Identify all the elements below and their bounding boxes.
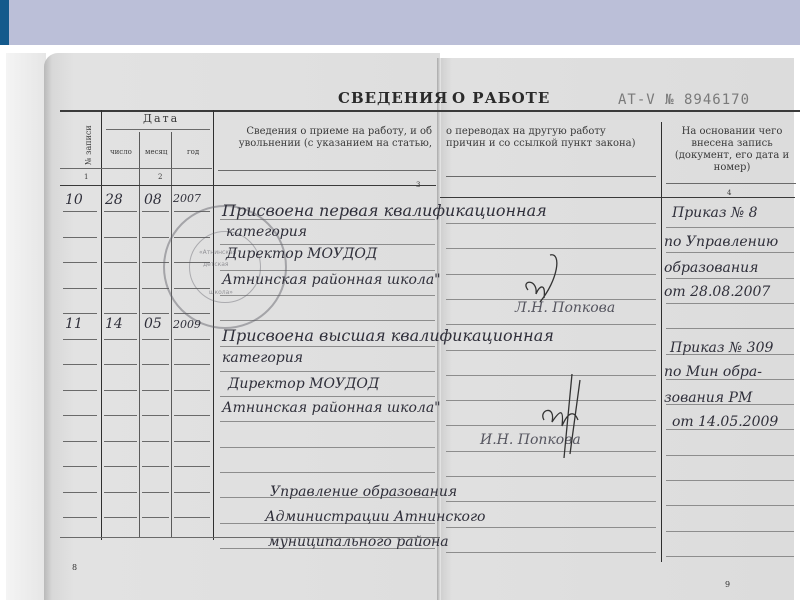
- rule: [220, 396, 435, 397]
- rule: [666, 252, 794, 253]
- rule: [104, 441, 137, 442]
- rule: [220, 421, 435, 422]
- doc-title-left: СВЕДЕНИЯ: [338, 89, 448, 107]
- entry-number: 11: [65, 316, 83, 332]
- rule: [220, 472, 435, 473]
- rule: [666, 183, 796, 184]
- rule: [666, 278, 794, 279]
- entry-text-line: Атнинская районная школа": [222, 272, 441, 288]
- rule: [104, 415, 137, 416]
- rule: [63, 237, 97, 238]
- rule: [174, 492, 210, 493]
- rule: [446, 476, 656, 477]
- entry-day: 28: [105, 192, 123, 208]
- entry-text-line: Присвоена первая квалификационная: [222, 201, 547, 220]
- col-divider: [139, 132, 140, 537]
- rule: [666, 303, 794, 304]
- entry-basis-line: от 28.08.2007: [664, 284, 770, 300]
- rule: [174, 390, 210, 391]
- rule: [142, 288, 169, 289]
- rule: [142, 211, 169, 212]
- rule: [666, 531, 794, 532]
- entry-month: 05: [144, 316, 162, 332]
- col-header-date: Дата: [143, 113, 179, 125]
- col-divider: [171, 132, 172, 537]
- slide-accent-bar: [0, 0, 9, 45]
- col-header-year: год: [187, 148, 199, 156]
- rule: [104, 211, 137, 212]
- rule: [666, 505, 794, 506]
- rule: [60, 168, 212, 169]
- rule: [446, 527, 656, 528]
- department-stamp-line: муниципального района: [268, 534, 449, 550]
- page-number-right: 9: [725, 580, 730, 589]
- doc-serial-number: AT-V № 8946170: [618, 92, 750, 108]
- rule: [63, 466, 97, 467]
- rule: [104, 262, 137, 263]
- entry-day: 14: [105, 316, 123, 332]
- rule: [174, 517, 210, 518]
- stamp-text: детская: [203, 261, 229, 268]
- rule: [174, 415, 210, 416]
- department-stamp-line: Управление образования: [270, 484, 457, 500]
- col-num: 2: [158, 173, 162, 181]
- department-stamp-line: Администрации Атнинского: [265, 509, 486, 525]
- rule: [174, 364, 210, 365]
- col-header-entry-number: № записи: [83, 125, 95, 165]
- entry-text-line: категория: [222, 350, 303, 366]
- col-header-month: месяц: [145, 148, 167, 156]
- entry-text-line: Директор МОУДОД: [228, 376, 379, 392]
- rule: [142, 441, 169, 442]
- entry-text-line: Присвоена высшая квалификационная: [222, 326, 554, 345]
- rule: [104, 313, 137, 314]
- scan-margin: [6, 53, 46, 600]
- rule: [220, 371, 435, 372]
- rule: [104, 466, 137, 467]
- col-header-day: число: [110, 148, 132, 156]
- rule: [63, 415, 97, 416]
- rule: [142, 415, 169, 416]
- rule: [142, 466, 169, 467]
- rule: [666, 480, 794, 481]
- rule: [174, 441, 210, 442]
- col-num: 4: [727, 189, 731, 197]
- rule: [104, 517, 137, 518]
- col-divider: [101, 110, 102, 540]
- rule: [142, 390, 169, 391]
- stamp-text: школа»: [209, 289, 233, 296]
- rule: [142, 339, 169, 340]
- doc-title-right: О РАБОТЕ: [452, 89, 550, 107]
- rule: [142, 364, 169, 365]
- rule: [63, 313, 97, 314]
- entry-text-line: Атнинская районная школа": [222, 400, 441, 416]
- rule: [440, 197, 795, 198]
- rule: [666, 455, 794, 456]
- rule: [104, 390, 137, 391]
- rule: [174, 339, 210, 340]
- rule: [63, 339, 97, 340]
- rule: [666, 227, 794, 228]
- rule: [106, 129, 210, 130]
- rule: [142, 237, 169, 238]
- entry-basis-line: зования РМ: [664, 390, 752, 406]
- rule: [104, 288, 137, 289]
- rule: [104, 492, 137, 493]
- rule: [63, 492, 97, 493]
- entry-text-line: Директор МОУДОД: [226, 246, 377, 262]
- rule: [174, 466, 210, 467]
- entry-basis-line: по Мин обра-: [664, 364, 762, 380]
- rule: [446, 350, 656, 351]
- rule: [446, 223, 656, 224]
- rule: [104, 339, 137, 340]
- entry-year: 2007: [173, 192, 201, 205]
- col-header-employment-info: Сведения о приеме на работу, и об увольн…: [222, 126, 432, 150]
- rule: [63, 262, 97, 263]
- rule: [104, 237, 137, 238]
- slide-title-bar: [0, 0, 800, 45]
- entry-basis-line: Приказ № 8: [672, 205, 758, 221]
- rule: [142, 492, 169, 493]
- rule: [446, 552, 656, 553]
- col-divider: [661, 122, 662, 562]
- signature-scribble: [510, 250, 580, 310]
- rule: [63, 390, 97, 391]
- rule: [220, 346, 435, 347]
- rule: [60, 185, 436, 186]
- entry-basis-line: образования: [664, 260, 758, 276]
- rule: [63, 288, 97, 289]
- rule: [63, 364, 97, 365]
- col-header-basis: На основании чего внесена запись (докуме…: [668, 126, 796, 174]
- entry-year: 2009: [173, 318, 201, 331]
- rule: [666, 556, 794, 557]
- rule: [446, 501, 656, 502]
- entry-basis-line: от 14.05.2009: [672, 414, 778, 430]
- col-header-employment-info-cont: о переводах на другую работу причин и со…: [446, 126, 646, 150]
- col-num: 1: [84, 173, 88, 181]
- rule: [666, 328, 794, 329]
- rule: [142, 517, 169, 518]
- rule: [142, 313, 169, 314]
- entry-basis-line: Приказ № 309: [670, 340, 773, 356]
- rule: [220, 447, 435, 448]
- page-number-left: 8: [72, 563, 77, 572]
- signature-scribble: [530, 370, 600, 460]
- rule: [63, 211, 97, 212]
- rule: [104, 364, 137, 365]
- entry-basis-line: по Управлению: [664, 234, 778, 250]
- entry-month: 08: [144, 192, 162, 208]
- rule: [446, 176, 656, 177]
- entry-number: 10: [65, 192, 83, 208]
- rule: [63, 441, 97, 442]
- entry-text-line: категория: [226, 224, 307, 240]
- rule: [63, 517, 97, 518]
- rule: [218, 170, 436, 171]
